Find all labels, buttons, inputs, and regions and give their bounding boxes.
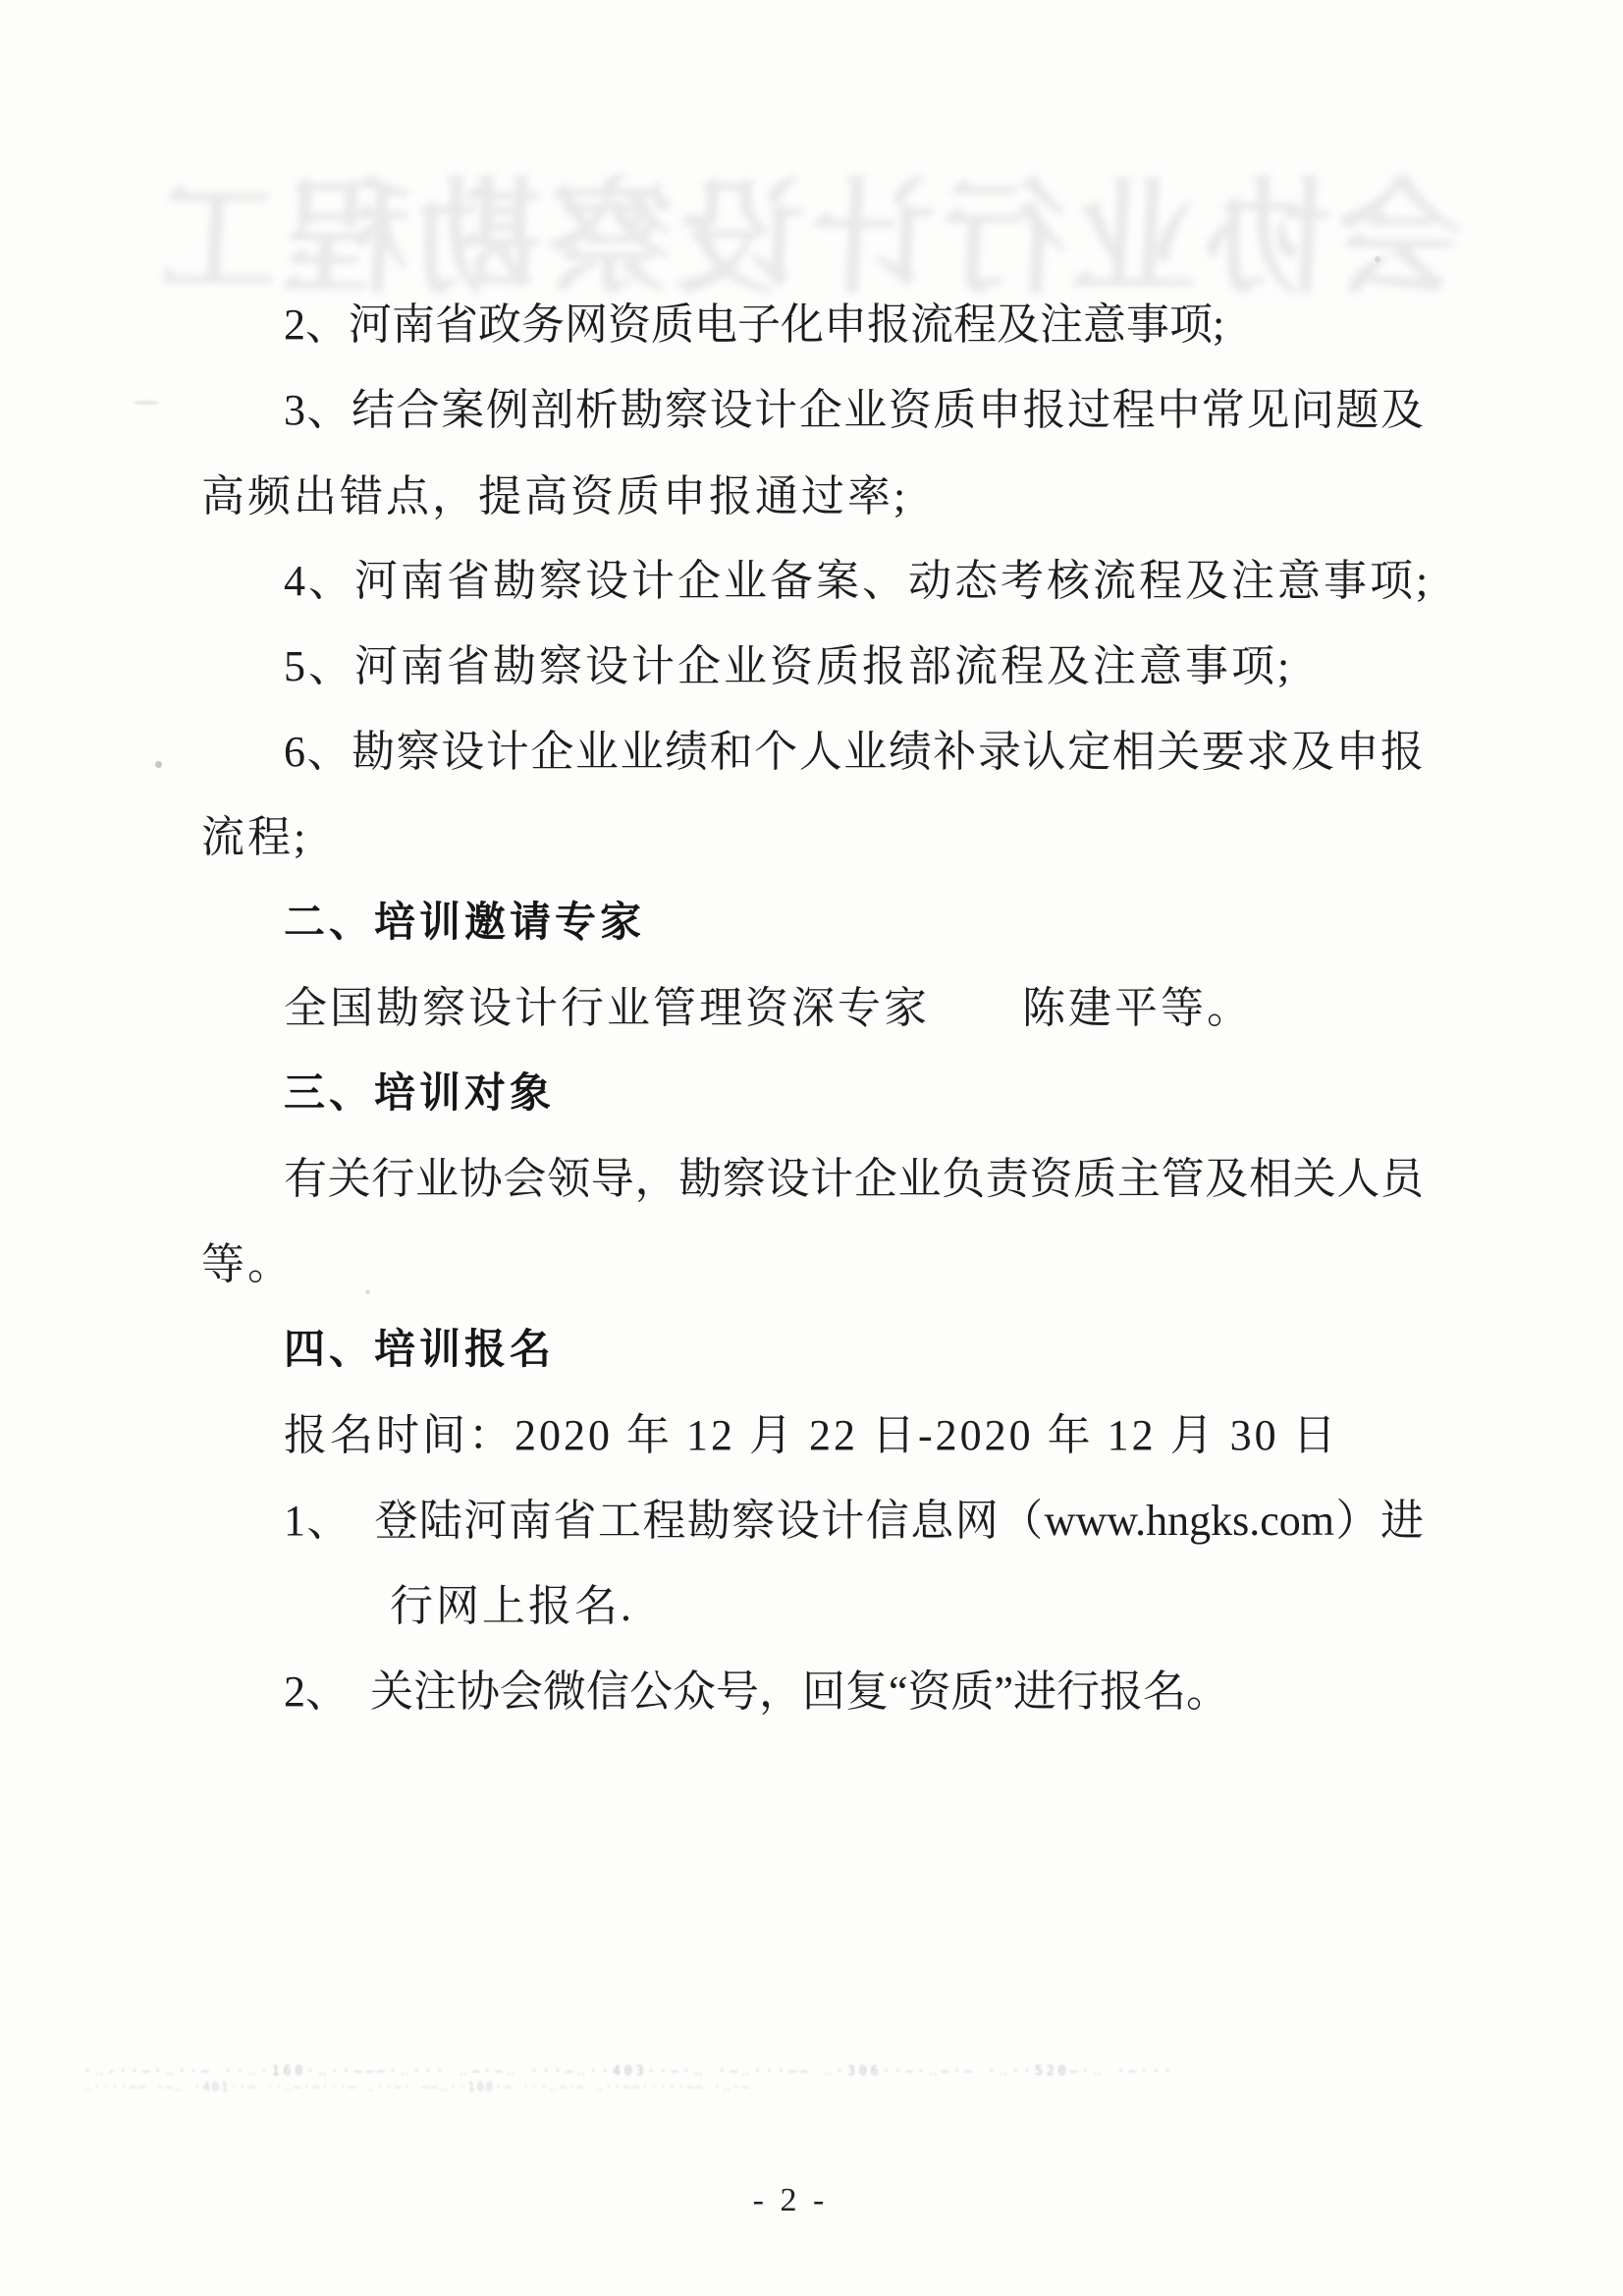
scan-speck bbox=[365, 1289, 370, 1294]
signup-item-1-continuation: 行网上报名. bbox=[390, 1582, 634, 1632]
page-number: - 2 - bbox=[0, 2182, 1581, 2219]
agenda-item-4: 4、河南省勘察设计企业备案、动态考核流程及注意事项; bbox=[284, 557, 1431, 607]
scan-smudge-line: ·‥-··–·‥··– ··‥·160·‥··–––·‥··· ‥–·–‥ ··… bbox=[83, 2064, 1537, 2079]
agenda-item-3-continuation: 高频出错点，提高资质申报通过率; bbox=[201, 472, 908, 522]
agenda-item-2: 2、河南省政务网资质电子化申报流程及注意事项; bbox=[284, 301, 1224, 351]
signup-item-1: 1、 登陆河南省工程勘察设计信息网（www.hngks.com）进 bbox=[284, 1497, 1424, 1547]
section-heading-signup: 四、培训报名 bbox=[284, 1326, 555, 1373]
scan-speck bbox=[134, 401, 159, 405]
ink-bleedthrough-watermark: 会协业行计设察勘程工省南河 bbox=[162, 137, 1467, 309]
audience-line-continuation: 等。 bbox=[201, 1240, 294, 1290]
signup-time-line: 报名时间：2020 年 12 月 22 日-2020 年 12 月 30 日 bbox=[284, 1411, 1339, 1461]
scan-smudge-line: ‥····–– ·–‥ ·401··– ··‥–·–···– ‥··–· ––‥… bbox=[83, 2080, 1537, 2094]
section-heading-audience: 三、培训对象 bbox=[284, 1069, 555, 1117]
scan-speck bbox=[1375, 256, 1380, 262]
section-heading-experts: 二、培训邀请专家 bbox=[284, 899, 645, 946]
signup-item-2: 2、 关注协会微信公众号，回复“资质”进行报名。 bbox=[284, 1667, 1229, 1718]
scanned-document-page: 会协业行计设察勘程工省南河 ·‥-··–·‥··– ··‥·160·‥··–––… bbox=[0, 0, 1623, 2296]
experts-line: 全国勘察设计行业管理资深专家 陈建平等。 bbox=[284, 984, 1253, 1034]
agenda-item-3: 3、结合案例剖析勘察设计企业资质申报过程中常见问题及 bbox=[284, 386, 1424, 436]
audience-line: 有关行业协会领导，勘察设计企业负责资质主管及相关人员 bbox=[284, 1155, 1424, 1205]
agenda-item-5: 5、河南省勘察设计企业资质报部流程及注意事项; bbox=[284, 642, 1292, 692]
agenda-item-6-continuation: 流程; bbox=[201, 813, 308, 863]
agenda-item-6: 6、勘察设计企业业绩和个人业绩补录认定相关要求及申报 bbox=[284, 728, 1424, 778]
scan-speck bbox=[155, 761, 162, 768]
